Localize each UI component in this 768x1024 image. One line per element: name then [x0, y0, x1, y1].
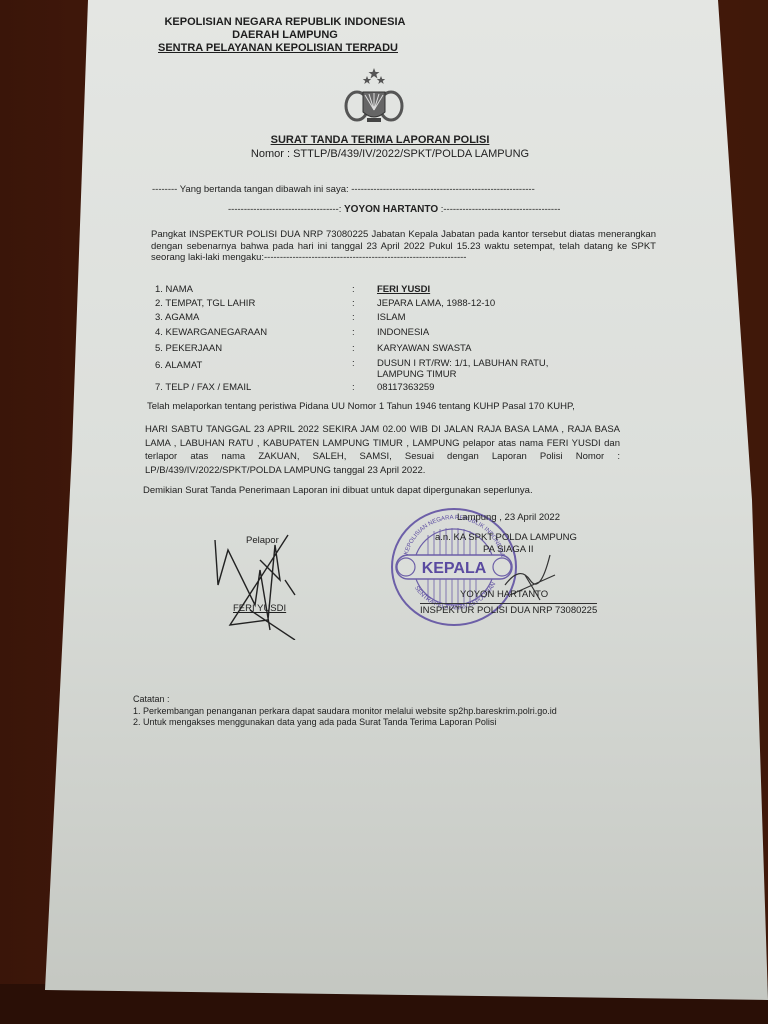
- intro-line: -------- Yang bertanda tangan dibawah in…: [152, 184, 535, 195]
- closing-statement: Demikian Surat Tanda Penerimaan Laporan …: [143, 485, 533, 496]
- detail-colon: :: [352, 298, 355, 309]
- detail-colon: :: [352, 382, 355, 393]
- detail-value: KARYAWAN SWASTA: [377, 343, 472, 354]
- signature-place-date: Lampung , 23 April 2022: [457, 512, 560, 523]
- detail-label: 7. TELP / FAX / EMAIL: [155, 382, 251, 393]
- letterhead-line-1: KEPOLISIAN NEGARA REPUBLIK INDONESIA: [140, 16, 430, 29]
- report-statement: Telah melaporkan tentang peristiwa Pidan…: [147, 401, 627, 412]
- detail-value-line-2: LAMPUNG TIMUR: [377, 369, 457, 380]
- signature-on-behalf: a.n. KA SPKT POLDA LAMPUNG: [435, 532, 577, 543]
- detail-value: 08117363259: [377, 382, 434, 393]
- detail-label: 5. PEKERJAAN: [155, 343, 222, 354]
- police-emblem-icon: [343, 66, 405, 128]
- detail-value: DUSUN I RT/RW: 1/1, LABUHAN RATU,: [377, 358, 548, 369]
- detail-colon: :: [352, 327, 355, 338]
- letterhead-line-2: DAERAH LAMPUNG: [140, 29, 430, 42]
- officer-suffix: :-------------------------------------: [438, 204, 560, 215]
- letterhead-line-3: SENTRA PELAYANAN KEPOLISIAN TERPADU: [140, 42, 430, 55]
- detail-colon: :: [352, 358, 355, 369]
- detail-label: 6. ALAMAT: [155, 360, 202, 371]
- signature-officer-name: YOYON HARTANTO: [460, 589, 548, 600]
- intro-paragraph: Pangkat INSPEKTUR POLISI DUA NRP 7308022…: [151, 229, 656, 264]
- notes-title: Catatan :: [133, 694, 557, 706]
- detail-label: 4. KEWARGANEGARAAN: [155, 327, 267, 338]
- reporter-signature-icon: [200, 520, 320, 640]
- notes-section: Catatan : 1. Perkembangan penanganan per…: [133, 694, 557, 729]
- detail-colon: :: [352, 284, 355, 295]
- officer-line: -----------------------------------: YOY…: [228, 204, 560, 215]
- detail-value: FERI YUSDI: [377, 284, 430, 295]
- officer-name: YOYON HARTANTO: [344, 204, 438, 215]
- officer-prefix: -----------------------------------:: [228, 204, 344, 215]
- note-item: 2. Untuk mengakses menggunakan data yang…: [133, 717, 557, 729]
- detail-colon: :: [352, 312, 355, 323]
- detail-label: 2. TEMPAT, TGL LAHIR: [155, 298, 255, 309]
- note-item: 1. Perkembangan penanganan perkara dapat…: [133, 706, 557, 718]
- detail-value: ISLAM: [377, 312, 406, 323]
- document-title: SURAT TANDA TERIMA LAPORAN POLISI: [180, 134, 580, 146]
- letterhead: KEPOLISIAN NEGARA REPUBLIK INDONESIA DAE…: [140, 16, 430, 55]
- incident-description: HARI SABTU TANGGAL 23 APRIL 2022 SEKIRA …: [145, 423, 620, 477]
- detail-colon: :: [352, 343, 355, 354]
- detail-value: JEPARA LAMA, 1988-12-10: [377, 298, 495, 309]
- detail-label: 3. AGAMA: [155, 312, 199, 323]
- signature-officer-rank: INSPEKTUR POLISI DUA NRP 73080225: [420, 603, 597, 616]
- document-number: Nomor : STTLP/B/439/IV/2022/SPKT/POLDA L…: [180, 148, 600, 160]
- detail-value: INDONESIA: [377, 327, 429, 338]
- svg-text:KEPALA: KEPALA: [422, 560, 487, 577]
- detail-label: 1. NAMA: [155, 284, 193, 295]
